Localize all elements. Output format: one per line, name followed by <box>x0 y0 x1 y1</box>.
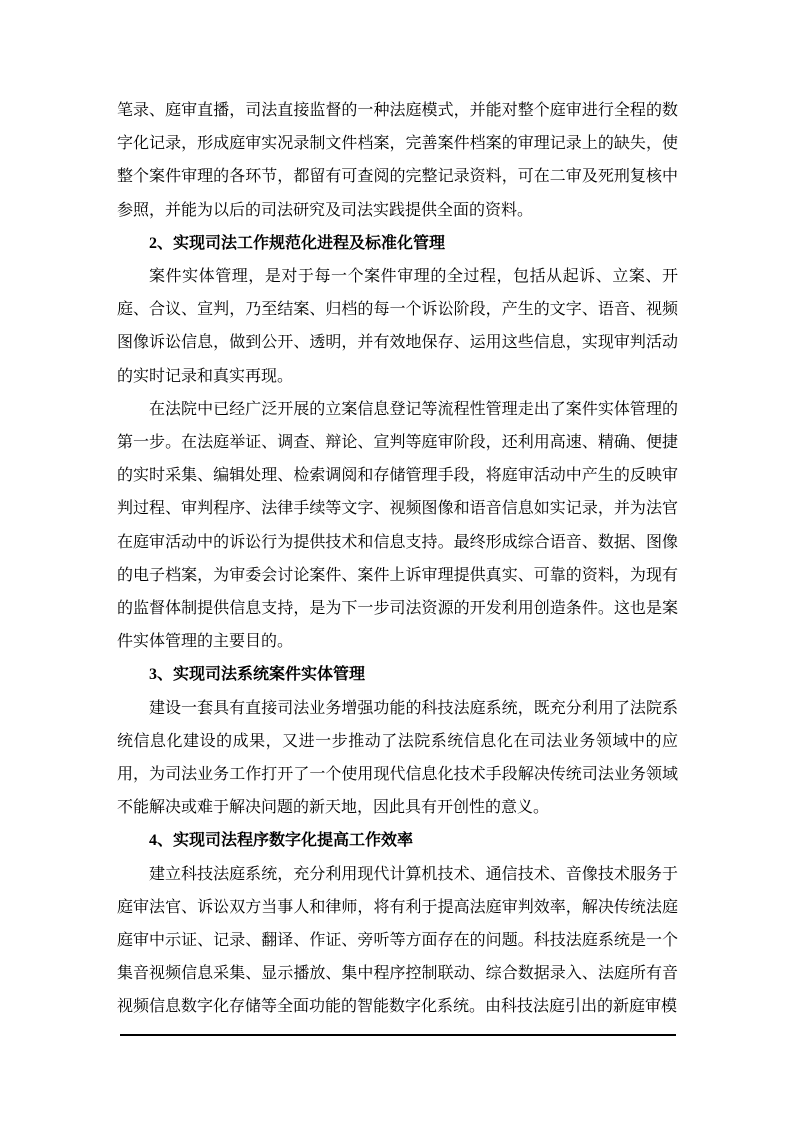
section-heading: 2、实现司法工作规范化进程及标准化管理 <box>117 227 678 260</box>
paragraph: 笔录、庭审直播，司法直接监督的一种法庭模式，并能对整个庭审进行全程的数字化记录，… <box>117 94 678 227</box>
document-page: 笔录、庭审直播，司法直接监督的一种法庭模式，并能对整个庭审进行全程的数字化记录，… <box>0 0 793 1122</box>
paragraph: 案件实体管理，是对于每一个案件审理的全过程，包括从起诉、立案、开庭、合议、宣判，… <box>117 260 678 393</box>
footer-rule <box>120 1034 676 1036</box>
section-heading: 4、实现司法程序数字化提高工作效率 <box>117 824 678 857</box>
paragraph: 在法院中已经广泛开展的立案信息登记等流程性管理走出了案件实体管理的第一步。在法庭… <box>117 393 678 659</box>
section-heading: 3、实现司法系统案件实体管理 <box>117 658 678 691</box>
document-body: 笔录、庭审直播，司法直接监督的一种法庭模式，并能对整个庭审进行全程的数字化记录，… <box>117 94 678 1024</box>
paragraph: 建立科技法庭系统，充分利用现代计算机技术、通信技术、音像技术服务于庭审法官、诉讼… <box>117 858 678 1024</box>
paragraph: 建设一套具有直接司法业务增强功能的科技法庭系统，既充分利用了法院系统信息化建设的… <box>117 692 678 825</box>
